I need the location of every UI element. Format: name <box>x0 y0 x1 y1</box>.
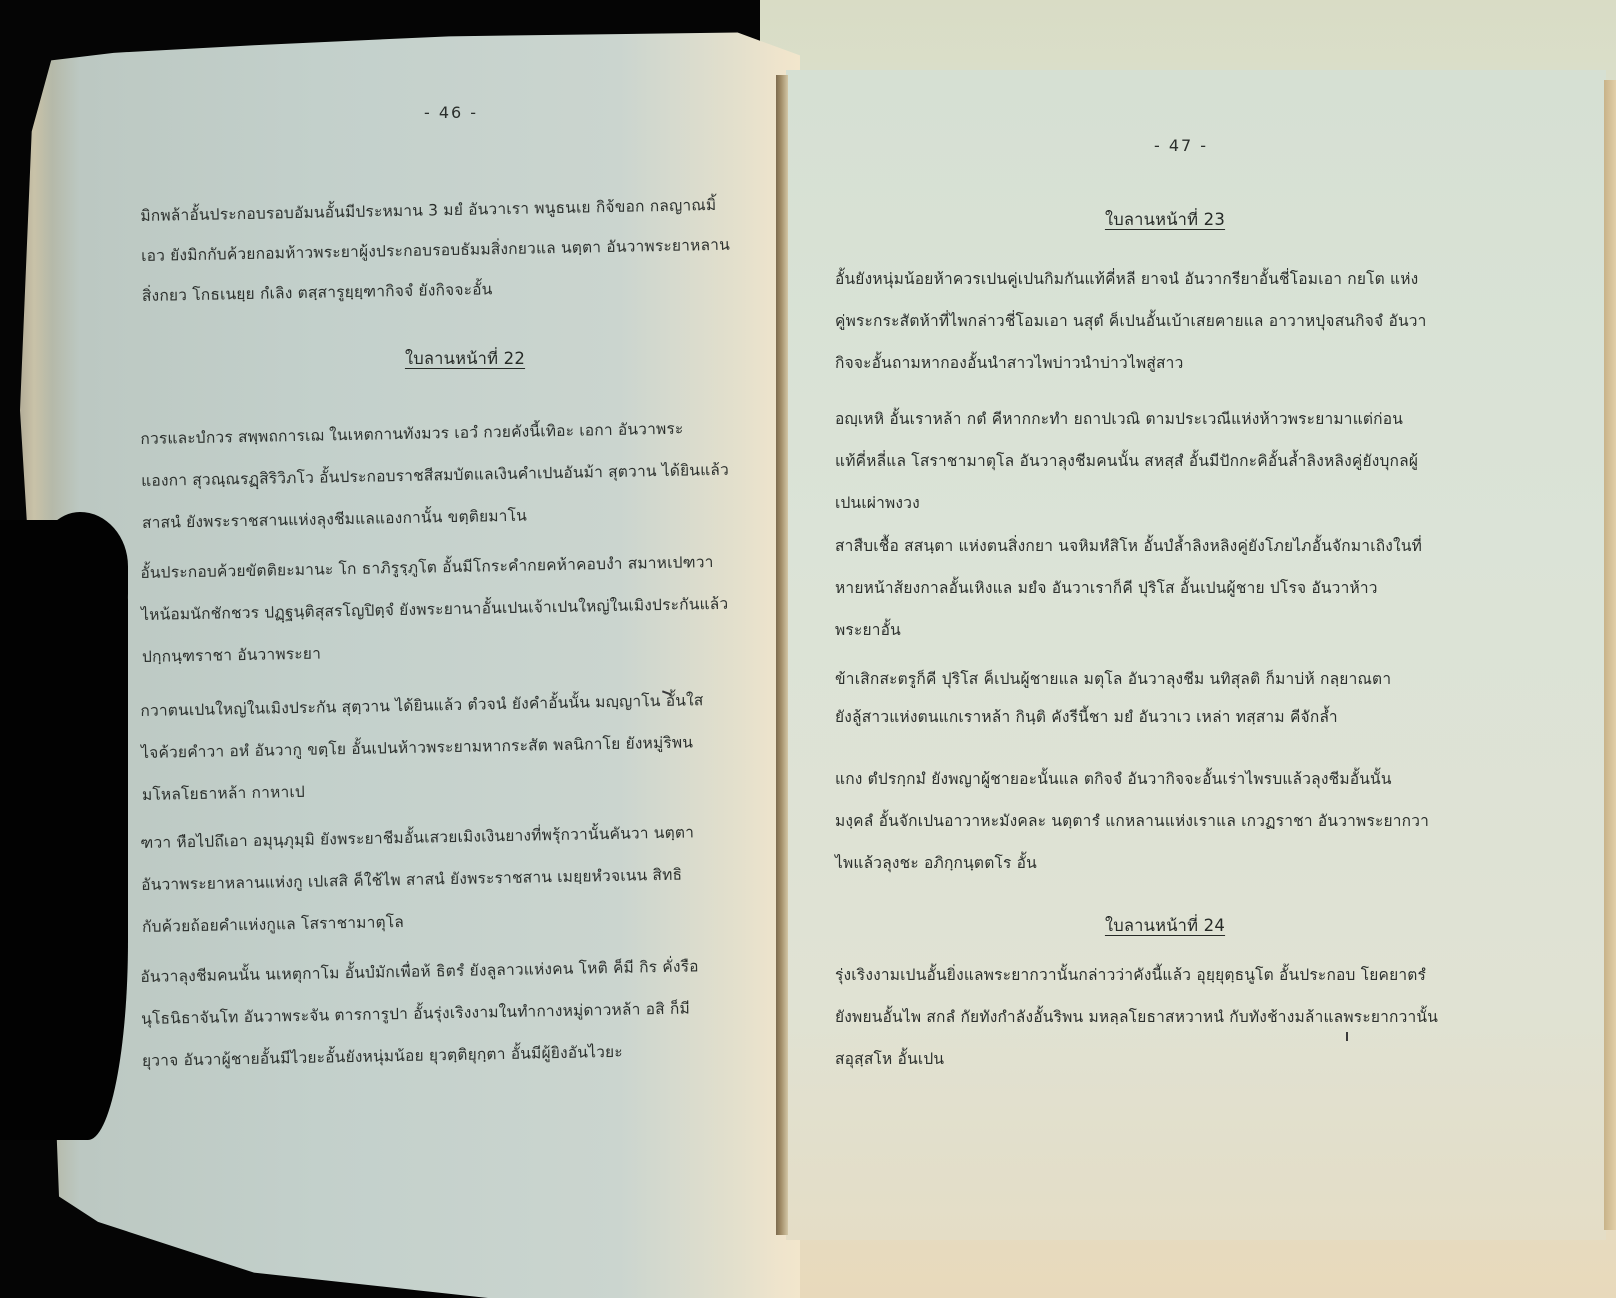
text-line: ยังพยนอั้นไพ สกลํ กัยทังกำลังอั้นริพน มห… <box>835 996 1495 1038</box>
right-paragraph-4: ข้าเสิกสะตรูก็คี ปุริโส ค็เปนผู้ชายแล มต… <box>835 660 1495 736</box>
left-paragraph-2: อั้นประกอบค้วยขัตติยะมานะ โก ธาภิรูรฺภูโ… <box>140 540 792 678</box>
section-title-22: ใบลานหน้าที่ 22 <box>140 346 790 372</box>
right-paragraph-3: สาสืบเชื้อ สสนฺตา แห่งตนสิ่งกยา นจหิมหํส… <box>835 525 1495 651</box>
left-paragraph-4: ฑวา หือไปถึเอา อมุนฺภุมฺมิ ยังพระยาชีมอั… <box>140 810 792 948</box>
right-paragraph-6: รุ่งเริงงามเปนอั้นยิ่งแลพระยากวานั้นกล่า… <box>835 954 1495 1080</box>
text-line: กิจจะอั้นถามหากองอั้นนำสาวไพบ่าวนำบ่าวไพ… <box>835 342 1495 384</box>
section-title-24: ใบลานหน้าที่ 24 <box>835 913 1495 939</box>
text-line: ไพแล้วลุงชะ อภิกฺกนฺตตโร อั้น <box>835 842 1495 884</box>
left-top-paragraph: มิกพล้าอั้นประกอบรอบอัมนอั้นมีประหมาน 3 … <box>140 184 792 316</box>
text-line: รุ่งเริงงามเปนอั้นยิ่งแลพระยากวานั้นกล่า… <box>835 954 1495 996</box>
right-page-edge <box>1604 80 1616 1230</box>
text-line: ยังลู้สาวแห่งตนแกเราหล้า กินฺติ คังรีนี้… <box>835 698 1495 736</box>
right-section-heading-24: ใบลานหน้าที่ 24 <box>835 913 1495 939</box>
left-paragraph-1: กวรและบํกวร สพฺพถการเฌ ในเหตกานทังมวร เอ… <box>140 406 792 544</box>
left-section-heading-container: ใบลานหน้าที่ 22 <box>140 346 790 372</box>
right-paragraph-2: อญฺเหหิ อั้นเราหล้า กตํ คีหากกะทำ ยถาปเว… <box>835 398 1495 524</box>
right-paragraph-5: แกง ตํปรกฺกมํ ยังพญาผู้ชายอะนั้นแล ตกิจจ… <box>835 758 1495 884</box>
section-title-23: ใบลานหน้าที่ 23 <box>835 207 1495 233</box>
left-paragraph-3: กวาตนเปนใหญ่ในเมิงประกัน สุตฺวาน ได้ยินแ… <box>140 678 792 816</box>
right-paragraph-1: อั้นยังหนุ่มน้อยห้าควรเปนคู่เปนกิมกันแท้… <box>835 258 1495 384</box>
text-line: มงฺคลํ อั้นจักเปนอาวาหะมังคละ นตฺตารํ แก… <box>835 800 1495 842</box>
text-line: ข้าเสิกสะตรูก็คี ปุริโส ค็เปนผู้ชายแล มต… <box>835 660 1495 698</box>
text-line: สาสืบเชื้อ สสนฺตา แห่งตนสิ่งกยา นจหิมหํส… <box>835 525 1495 567</box>
text-line: แกง ตํปรกฺกมํ ยังพญาผู้ชายอะนั้นแล ตกิจจ… <box>835 758 1495 800</box>
text-line: พระยาอั้น <box>835 609 1495 651</box>
right-section-heading-23: ใบลานหน้าที่ 23 <box>835 207 1495 233</box>
thumb-silhouette <box>0 520 128 1140</box>
text-line: สอุสฺสโห อั้นเปน <box>835 1038 1495 1080</box>
left-paragraph-5: อันวาลุงชีมคนนั้น นเหตุกาโม อั้นบํมักเพื… <box>140 944 792 1082</box>
stray-ink-mark <box>1346 1032 1348 1041</box>
right-page-number: - 47 - <box>1154 136 1208 155</box>
left-page-number: - 46 - <box>424 103 478 122</box>
text-line: อญฺเหหิ อั้นเราหล้า กตํ คีหากกะทำ ยถาปเว… <box>835 398 1495 440</box>
text-line: หายหน้าส้ยงกาลอั้นเหิงแล มยํจ อันวาเราก็… <box>835 567 1495 609</box>
text-line: แท้คี่หลี่แล โสราชามาตุโล อันวาลุงชีมคนน… <box>835 440 1495 482</box>
text-line: เปนเผ่าพงวง <box>835 482 1495 524</box>
text-line: คู่พระกระสัตห้าที่ไพกล่าวชี่โอมเอา นสุตํ… <box>835 300 1495 342</box>
text-line: อั้นยังหนุ่มน้อยห้าควรเปนคู่เปนกิมกันแท้… <box>835 258 1495 300</box>
